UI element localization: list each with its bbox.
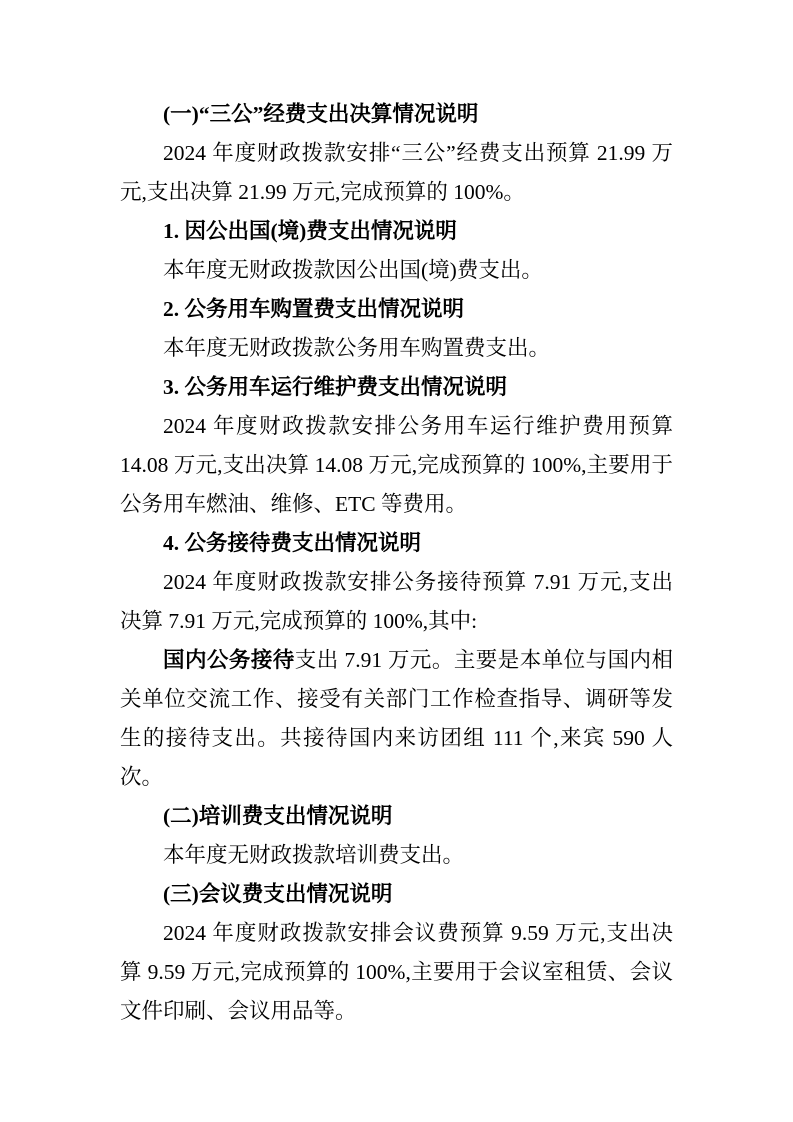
paragraph-overseas-travel: 本年度无财政拨款因公出国(境)费支出。	[120, 251, 673, 290]
document-content: (一)“三公”经费支出决算情况说明 2024 年度财政拨款安排“三公”经费支出预…	[120, 95, 673, 1031]
section-heading-training-fee: (二)培训费支出情况说明	[120, 797, 673, 836]
paragraph-training-fee: 本年度无财政拨款培训费支出。	[120, 836, 673, 875]
paragraph-vehicle-maintenance: 2024 年度财政拨款安排公务用车运行维护费用预算 14.08 万元,支出决算 …	[120, 407, 673, 524]
section-heading-overseas-travel: 1. 因公出国(境)费支出情况说明	[120, 212, 673, 251]
section-heading-conference-fee: (三)会议费支出情况说明	[120, 875, 673, 914]
bold-lead-domestic-reception: 国内公务接待	[163, 648, 295, 672]
section-heading-vehicle-purchase: 2. 公务用车购置费支出情况说明	[120, 290, 673, 329]
document-page: (一)“三公”经费支出决算情况说明 2024 年度财政拨款安排“三公”经费支出预…	[0, 0, 793, 1122]
paragraph-domestic-reception-detail: 国内公务接待支出 7.91 万元。主要是本单位与国内相关单位交流工作、接受有关部…	[120, 641, 673, 797]
paragraph-three-public-funds-summary: 2024 年度财政拨款安排“三公”经费支出预算 21.99 万元,支出决算 21…	[120, 134, 673, 212]
section-heading-official-reception: 4. 公务接待费支出情况说明	[120, 524, 673, 563]
section-heading-three-public-funds: (一)“三公”经费支出决算情况说明	[120, 95, 673, 134]
paragraph-conference-fee: 2024 年度财政拨款安排会议费预算 9.59 万元,支出决算 9.59 万元,…	[120, 914, 673, 1031]
paragraph-vehicle-purchase: 本年度无财政拨款公务用车购置费支出。	[120, 329, 673, 368]
paragraph-official-reception-summary: 2024 年度财政拨款安排公务接待预算 7.91 万元,支出决算 7.91 万元…	[120, 563, 673, 641]
section-heading-vehicle-maintenance: 3. 公务用车运行维护费支出情况说明	[120, 368, 673, 407]
